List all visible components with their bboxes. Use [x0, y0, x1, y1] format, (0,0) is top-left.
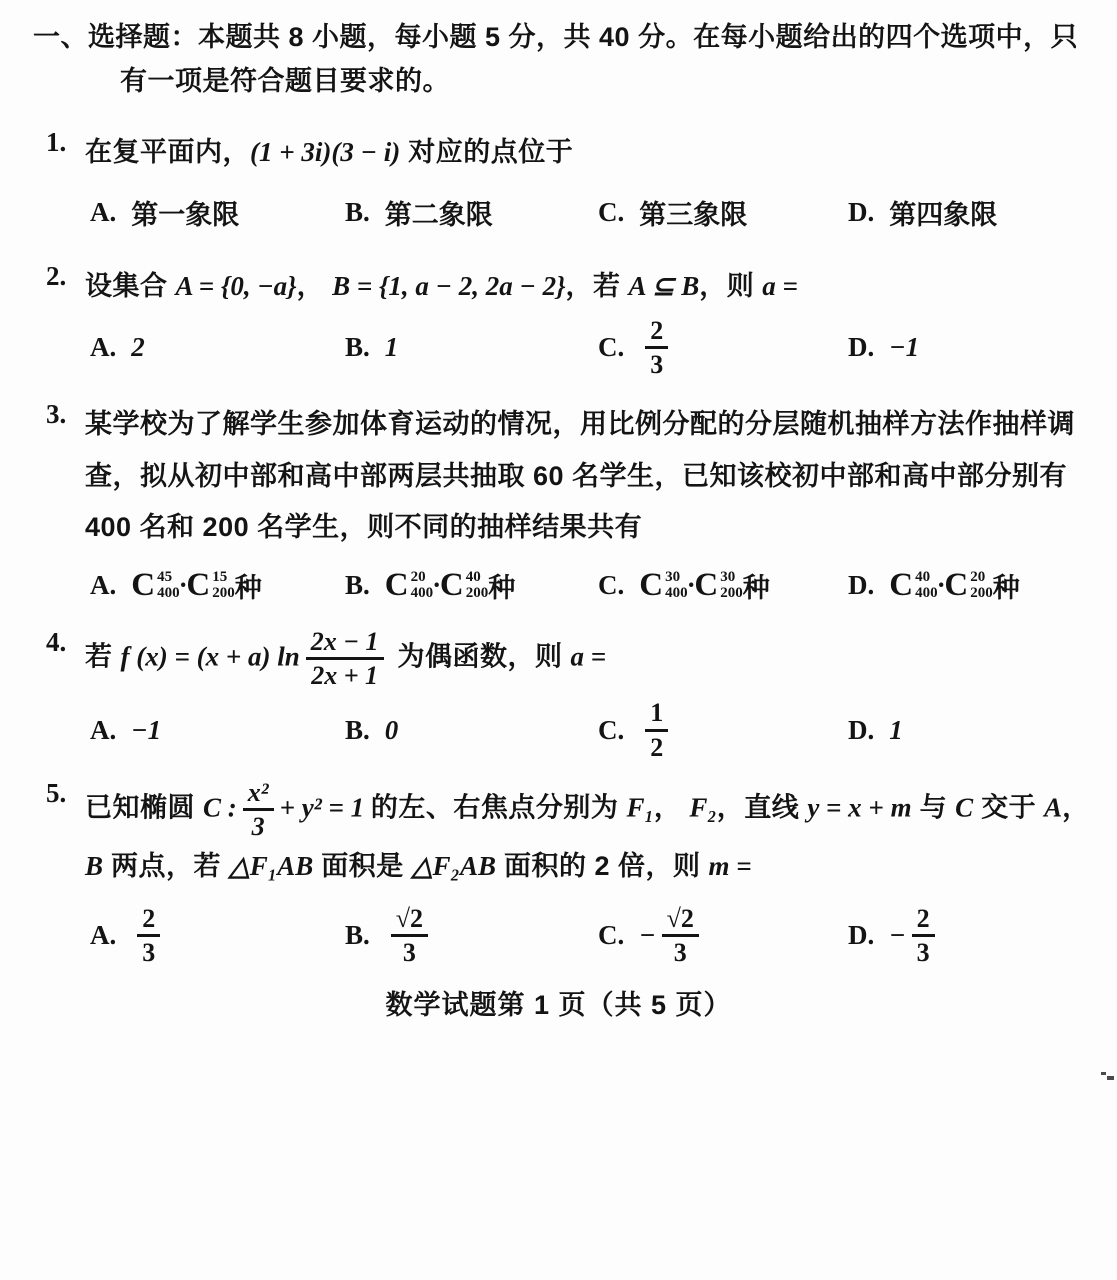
fraction: x²3: [243, 778, 274, 841]
option-a: A. 第一象限: [90, 191, 345, 235]
fraction: √23: [662, 904, 699, 967]
option-body: −23: [889, 904, 940, 967]
math-text: −1: [131, 715, 161, 746]
option-b: B. 0: [345, 708, 598, 752]
option-label: C.: [598, 715, 624, 746]
cjk-text: 种: [235, 566, 262, 605]
option-label: D.: [848, 332, 874, 363]
math-text: −: [889, 920, 905, 951]
options-row: A. 2 B. 1 C. 23 D. −1: [90, 316, 1101, 379]
combination-symbol: C40200: [440, 569, 488, 602]
cjk-text: 种: [743, 566, 770, 605]
scan-artifact: [1101, 1072, 1114, 1081]
math-text: (1 + 3i)(3 − i): [250, 137, 400, 167]
math-text: y = x + m: [807, 792, 911, 822]
math-text: 2: [131, 332, 145, 363]
option-b: B. C20400 · C40200 种: [345, 563, 598, 607]
question-stem: 设集合 A = {0, −a}， B = {1, a − 2, 2a − 2}，…: [85, 261, 1101, 312]
option-b: B. √23: [345, 904, 598, 967]
math-text: 1: [889, 715, 903, 746]
option-body: C40400 · C20200 种: [889, 566, 1019, 605]
math-text: 0: [385, 715, 399, 746]
option-label: B.: [345, 920, 370, 951]
question-2: 2. 设集合 A = {0, −a}， B = {1, a − 2, 2a − …: [0, 261, 1101, 380]
cjk-text: 第四象限: [889, 193, 997, 232]
cjk-text: 种: [488, 566, 515, 605]
math-text: −: [639, 920, 655, 951]
math-text: 1: [385, 332, 399, 363]
question-number: 2.: [46, 261, 66, 292]
option-body: C45400 · C15200 种: [131, 566, 261, 605]
math-text: ·: [938, 570, 945, 601]
math-text: A ⊆ B: [629, 271, 700, 301]
combination-symbol: C30200: [694, 569, 742, 602]
question-number: 4.: [46, 627, 66, 658]
option-body: 第三象限: [639, 193, 747, 232]
exam-page: 一、选择题：本题共 8 小题，每小题 5 分，共 40 分。在每小题给出的四个选…: [0, 0, 1117, 1280]
option-label: B.: [345, 332, 370, 363]
combination-symbol: C45400: [131, 569, 179, 602]
option-label: C.: [598, 197, 624, 228]
option-label: A.: [90, 715, 116, 746]
math-text: △F₁AB: [229, 851, 313, 881]
math-text: B: [85, 851, 103, 881]
option-label: B.: [345, 197, 370, 228]
cjk-text: 两点，若: [103, 851, 229, 881]
math-text: A: [1044, 792, 1062, 822]
combination-symbol: C20400: [385, 569, 433, 602]
question-number: 5.: [46, 778, 66, 809]
options-row: A. C45400 · C15200 种 B. C20400 · C40200 …: [90, 563, 1101, 607]
cjk-text: 种: [993, 566, 1020, 605]
math-text: ·: [688, 570, 695, 601]
question-3: 3. 某学校为了解学生参加体育运动的情况，用比例分配的分层随机抽样方法作抽样调查…: [0, 399, 1101, 607]
question-number: 1.: [46, 127, 66, 158]
cjk-text: 某学校为了解学生参加体育运动的情况，用比例分配的分层随机抽样方法作抽样调查，拟从…: [85, 409, 1075, 542]
cjk-text: ，: [1062, 792, 1090, 822]
option-d: D. C40400 · C20200 种: [848, 563, 1101, 607]
option-label: D.: [848, 570, 874, 601]
option-label: B.: [345, 715, 370, 746]
options-row: A. 23 B. √23 C. −√23 D. −23: [90, 904, 1101, 967]
math-text: ·: [433, 570, 440, 601]
option-label: C.: [598, 332, 624, 363]
option-body: C20400 · C40200 种: [385, 566, 515, 605]
option-body: C30400 · C30200 种: [639, 566, 769, 605]
option-a: A. 23: [90, 904, 345, 967]
cjk-text: 面积的 2 倍，则: [496, 851, 709, 881]
option-c: C. 第三象限: [598, 191, 848, 235]
page-footer: 数学试题第 1 页（共 5 页）: [0, 983, 1117, 1022]
option-label: C.: [598, 570, 624, 601]
cjk-text: 的左、右焦点分别为: [371, 792, 627, 822]
question-1: 1. 在复平面内，(1 + 3i)(3 − i) 对应的点位于 A. 第一象限 …: [0, 127, 1101, 234]
math-text: a =: [762, 271, 798, 301]
option-label: D.: [848, 197, 874, 228]
math-text: C :: [203, 792, 237, 822]
option-body: 23: [131, 904, 166, 967]
option-body: 第二象限: [385, 193, 493, 232]
option-label: B.: [345, 570, 370, 601]
option-body: 1: [385, 332, 399, 363]
fraction: 12: [645, 698, 668, 761]
option-body: 第一象限: [131, 193, 239, 232]
option-body: 1: [889, 715, 903, 746]
option-c: C. −√23: [598, 904, 848, 967]
fraction: 23: [645, 316, 668, 379]
cjk-text: 对应的点位于: [400, 137, 573, 167]
question-4: 4. 若 f (x) = (x + a) ln2x − 12x + 1 为偶函数…: [0, 627, 1101, 761]
option-d: D. 1: [848, 708, 1101, 752]
option-c: C. 12: [598, 698, 848, 761]
option-label: A.: [90, 332, 116, 363]
fraction: 2x − 12x + 1: [306, 627, 384, 690]
cjk-text: 已知椭圆: [85, 792, 203, 822]
fraction: 23: [912, 904, 935, 967]
math-text: F₁: [626, 792, 653, 822]
cjk-text: 设集合: [85, 271, 176, 301]
option-c: C. 23: [598, 316, 848, 379]
math-text: m =: [709, 851, 752, 881]
question-stem: 若 f (x) = (x + a) ln2x − 12x + 1 为偶函数，则 …: [85, 627, 1101, 690]
option-body: √23: [385, 904, 434, 967]
option-label: D.: [848, 920, 874, 951]
cjk-text: ，直线: [717, 792, 808, 822]
option-body: 2: [131, 332, 145, 363]
cjk-text: 第二象限: [385, 193, 493, 232]
option-b: B. 第二象限: [345, 191, 598, 235]
cjk-text: 第一象限: [131, 193, 239, 232]
cjk-text: 在复平面内，: [85, 137, 250, 167]
option-b: B. 1: [345, 326, 598, 370]
option-c: C. C30400 · C30200 种: [598, 563, 848, 607]
option-d: D. −1: [848, 326, 1101, 370]
option-body: −1: [889, 332, 919, 363]
option-label: A.: [90, 570, 116, 601]
cjk-text: 与: [912, 792, 956, 822]
option-label: C.: [598, 920, 624, 951]
option-body: −√23: [639, 904, 705, 967]
option-a: A. −1: [90, 708, 345, 752]
option-d: D. −23: [848, 904, 1101, 967]
math-text: f (x) = (x + a) ln: [121, 642, 300, 672]
question-stem: 已知椭圆 C :x²3+ y² = 1 的左、右焦点分别为 F₁， F₂，直线 …: [85, 778, 1101, 893]
option-body: 第四象限: [889, 193, 997, 232]
option-label: D.: [848, 715, 874, 746]
fraction: √23: [391, 904, 428, 967]
question-5: 5. 已知椭圆 C :x²3+ y² = 1 的左、右焦点分别为 F₁， F₂，…: [0, 778, 1101, 968]
section-header: 一、选择题：本题共 8 小题，每小题 5 分，共 40 分。在每小题给出的四个选…: [33, 16, 1101, 103]
cjk-text: 第三象限: [639, 193, 747, 232]
fraction: 23: [137, 904, 160, 967]
cjk-text: 交于: [973, 792, 1044, 822]
cjk-text: 面积是: [313, 851, 412, 881]
math-text: B = {1, a − 2, 2a − 2}: [332, 271, 565, 301]
combination-symbol: C20200: [944, 569, 992, 602]
cjk-text: ，则: [699, 271, 762, 301]
math-text: ·: [180, 570, 187, 601]
options-row: A. 第一象限 B. 第二象限 C. 第三象限 D. 第四象限: [90, 191, 1101, 235]
cjk-text: 若: [85, 642, 121, 672]
math-text: −1: [889, 332, 919, 363]
question-number: 3.: [46, 399, 66, 430]
combination-symbol: C30400: [639, 569, 687, 602]
option-label: A.: [90, 197, 116, 228]
cjk-text: ，若: [566, 271, 629, 301]
option-a: A. C45400 · C15200 种: [90, 563, 345, 607]
option-d: D. 第四象限: [848, 191, 1101, 235]
math-text: a =: [571, 642, 607, 672]
option-body: 12: [639, 698, 674, 761]
math-text: A = {0, −a}: [176, 271, 297, 301]
options-row: A. −1 B. 0 C. 12 D. 1: [90, 698, 1101, 761]
math-text: F₂: [689, 792, 716, 822]
cjk-text: ，: [297, 271, 333, 301]
option-body: 23: [639, 316, 674, 379]
question-stem: 在复平面内，(1 + 3i)(3 − i) 对应的点位于: [85, 127, 1101, 178]
combination-symbol: C40400: [889, 569, 937, 602]
cjk-text: ，: [654, 792, 690, 822]
cjk-text: 为偶函数，则: [390, 642, 571, 672]
option-label: A.: [90, 920, 116, 951]
option-a: A. 2: [90, 326, 345, 370]
question-stem: 某学校为了解学生参加体育运动的情况，用比例分配的分层随机抽样方法作抽样调查，拟从…: [85, 399, 1101, 553]
math-text: △F₂AB: [412, 851, 496, 881]
option-body: −1: [131, 715, 161, 746]
combination-symbol: C15200: [186, 569, 234, 602]
math-text: + y² = 1: [280, 792, 371, 822]
math-text: C: [955, 792, 973, 822]
option-body: 0: [385, 715, 399, 746]
